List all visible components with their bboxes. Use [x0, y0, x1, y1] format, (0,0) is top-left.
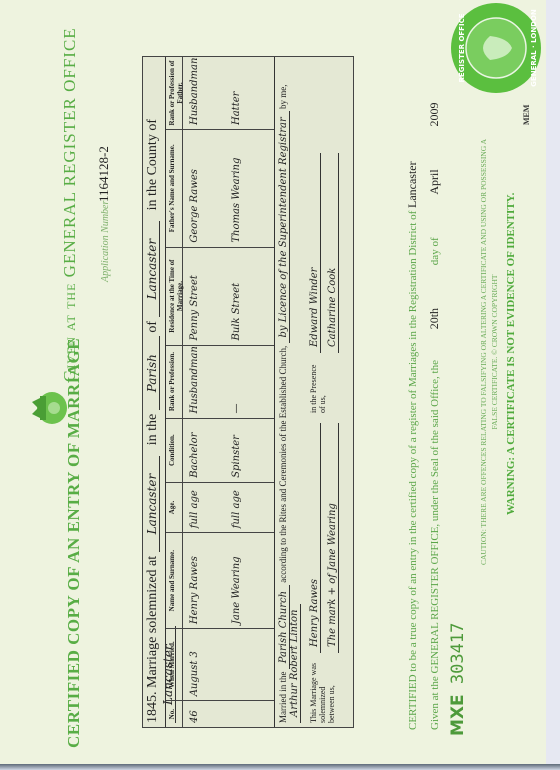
warning-text: WARNING: A CERTIFICATE IS NOT EVIDENCE O…: [505, 193, 517, 515]
place: Lancaster: [145, 456, 160, 553]
col-when: When Married.August 3: [166, 628, 274, 700]
mem-code: MEM: [522, 105, 531, 125]
register-office-seal-icon: REGISTER OFFICE GENERAL · LONDON: [450, 2, 542, 94]
district: Lancaster: [405, 161, 419, 208]
serial-number: MXE 303417: [448, 623, 468, 736]
caution-text: CAUTION: THERE ARE OFFENCES RELATING TO …: [478, 72, 500, 632]
svg-text:REGISTER OFFICE: REGISTER OFFICE: [458, 13, 466, 82]
col-no: No.46: [166, 700, 274, 727]
party-1: Henry Rawes: [309, 423, 321, 653]
svg-text:GENERAL · LONDON: GENERAL · LONDON: [530, 9, 538, 87]
col-name: Name and Surname.Henry RawesJane Wearing: [166, 532, 274, 628]
col-father-rank: Rank or Profession of Father.HusbandmanH…: [166, 57, 274, 129]
col-father: Father's Name and Surname.George RawesTh…: [166, 129, 274, 247]
witness-1: Edward Winder: [309, 153, 321, 353]
register-entry-scan: 1845. Marriage solemnized at Lancaster i…: [142, 56, 354, 728]
issuer-line: Given at the GENERAL REGISTER OFFICE: [60, 27, 80, 382]
application-number: 1164128-2: [96, 146, 112, 202]
certificate-landscape: CERTIFIED COPY OF AN ENTRY OF MARRIAGE G…: [0, 0, 556, 770]
application-number-label: Application Number: [100, 201, 111, 282]
register-table: No.46 When Married.August 3 Name and Sur…: [165, 57, 275, 727]
register-footer: Married in the Parish Church according t…: [275, 57, 345, 727]
witness-2: Catharine Cook: [327, 153, 339, 353]
col-age: Age.full agefull age: [166, 482, 274, 532]
royal-crest-icon: [28, 386, 70, 430]
col-rank: Rank or Profession.Husbandman—: [166, 345, 274, 418]
certification-text: CERTIFIED to be a true copy of an entry …: [402, 70, 446, 730]
col-residence: Residence at the Time of Marriage.Penny …: [166, 247, 274, 345]
day: 20th: [427, 308, 441, 329]
col-condition: Condition.BachelorSpinster: [166, 418, 274, 482]
year: 2009: [427, 103, 441, 127]
party-2: The mark + of Jane Wearing: [327, 423, 339, 653]
parish: Parish: [145, 336, 160, 410]
month: April: [427, 169, 441, 194]
